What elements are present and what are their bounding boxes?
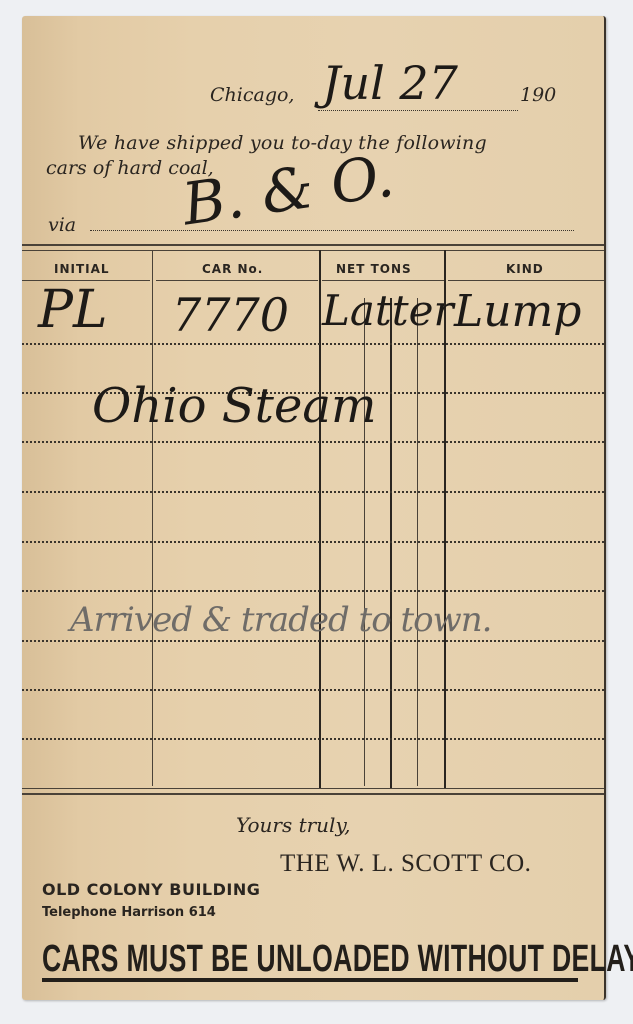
column-divider-2 bbox=[319, 250, 321, 788]
header-underline-tons bbox=[322, 280, 444, 281]
handwritten-kind: Lump bbox=[454, 286, 581, 337]
header-underline-kind bbox=[448, 280, 604, 281]
table-bottom-rule bbox=[22, 788, 604, 789]
row-line-1 bbox=[22, 343, 604, 345]
handwritten-car-no: 7770 bbox=[172, 288, 289, 342]
handwritten-net-tons: Latter bbox=[322, 286, 454, 335]
table-top-rule bbox=[22, 244, 604, 246]
shipping-notice-card: Chicago, Jul 27 190 We have shipped you … bbox=[22, 16, 606, 1000]
warning-underline bbox=[42, 978, 578, 982]
row-line-4 bbox=[22, 491, 604, 493]
table-top-rule-inner bbox=[22, 250, 604, 251]
company-name: THE W. L. SCOTT CO. bbox=[280, 850, 531, 878]
handwritten-initial: PL bbox=[38, 280, 108, 340]
row-line-8 bbox=[22, 689, 604, 691]
unload-warning: CARS MUST BE UNLOADED WITHOUT DELAY bbox=[42, 938, 633, 981]
via-dotted-line bbox=[90, 230, 574, 231]
handwritten-date: Jul 27 bbox=[322, 56, 458, 110]
city-label: Chicago, bbox=[210, 84, 294, 106]
year-prefix: 190 bbox=[520, 84, 556, 106]
column-header-kind: KIND bbox=[506, 262, 544, 276]
telephone: Telephone Harrison 614 bbox=[42, 905, 216, 920]
message-line-1: We have shipped you to-day the following bbox=[78, 132, 487, 154]
table-bottom-rule-inner bbox=[22, 793, 604, 795]
row-line-9 bbox=[22, 738, 604, 740]
via-label: via bbox=[48, 214, 76, 236]
handwritten-note: Ohio Steam bbox=[92, 378, 376, 434]
column-header-net-tons: NET TONS bbox=[336, 262, 412, 276]
tons-subdivider-2 bbox=[390, 298, 392, 788]
column-header-car-no: CAR No. bbox=[202, 262, 263, 276]
row-line-3 bbox=[22, 441, 604, 443]
header-underline-car bbox=[156, 280, 318, 281]
column-divider-1 bbox=[152, 250, 153, 786]
building-name: OLD COLONY BUILDING bbox=[42, 880, 260, 899]
column-header-initial: INITIAL bbox=[54, 262, 110, 276]
row-line-6 bbox=[22, 590, 604, 592]
pencil-note: Arrived & traded to town. bbox=[70, 600, 491, 640]
date-dotted-line bbox=[318, 110, 518, 111]
closing: Yours truly, bbox=[236, 813, 350, 837]
row-line-7 bbox=[22, 640, 604, 642]
row-line-5 bbox=[22, 541, 604, 543]
